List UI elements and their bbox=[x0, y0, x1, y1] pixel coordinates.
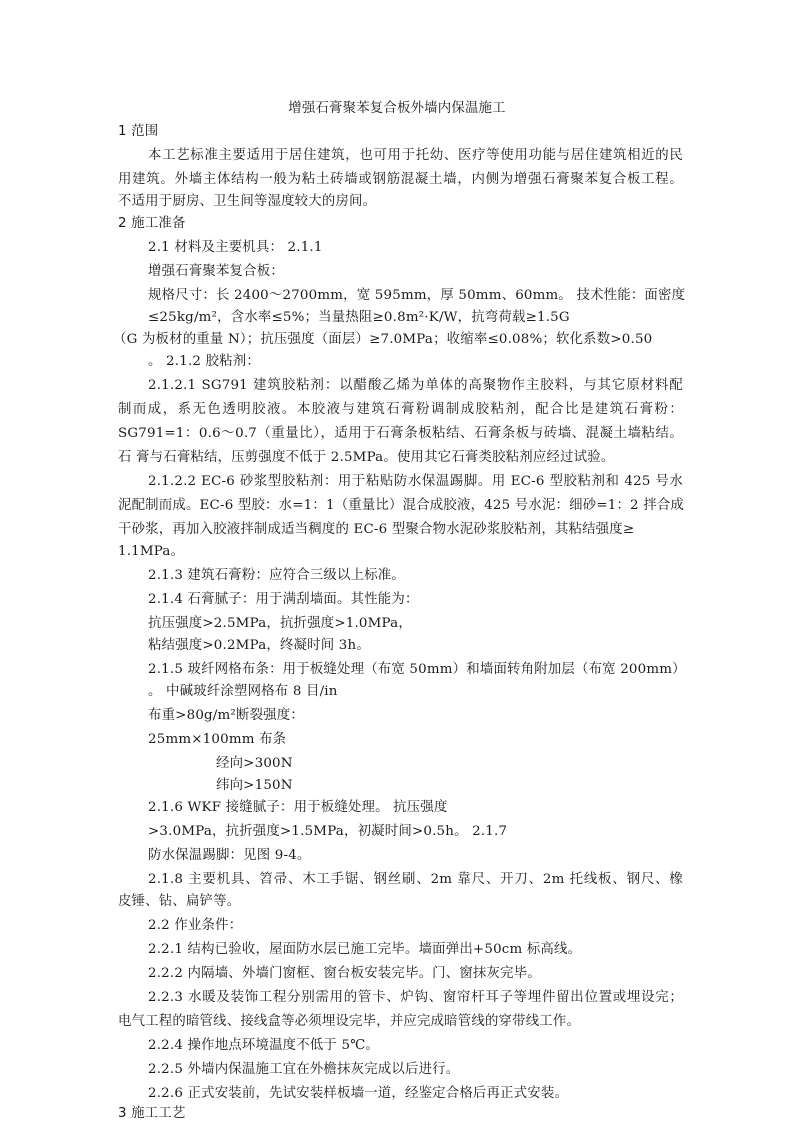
paragraph-line: 2.1.8 主要机具、笤帚、木工手锯、钢丝刷、2m 靠尺、开刀、2m 托线板、钢… bbox=[148, 871, 683, 889]
paragraph-line: 用建筑。外墙主体结构一般为粘土砖墙或钢筋混凝土墙，内侧为增强石膏聚苯复合板工程。 bbox=[118, 171, 683, 189]
paragraph-line: 2.1.5 玻纤网格布条：用于板缝处理（布宽 50mm）和墙面转角附加层（布宽 … bbox=[148, 661, 713, 679]
paragraph-line: 不适用于厨房、卫生间等湿度较大的房间。 bbox=[118, 193, 683, 211]
paragraph-line: 泥配制而成。EC-6 型胶：水=1：1（重量比）混合成胶液，425 号水泥：细砂… bbox=[118, 497, 683, 515]
paragraph-line: 石 膏与石膏粘结，压剪强度不低于 2.5MPa。使用其它石膏类胶粘剂应经过试验。 bbox=[118, 449, 683, 467]
paragraph-line: 2.1 材料及主要机具： 2.1.1 bbox=[148, 239, 713, 257]
paragraph-line: 电气工程的暗管线、接线盒等必须埋设完毕，并应完成暗管线的穿带线工作。 bbox=[118, 1013, 683, 1031]
paragraph-line: 1.1MPa。 bbox=[118, 543, 683, 561]
paragraph-line: 干砂浆，再加入胶液拌制成适当稠度的 EC-6 型聚合物水泥砂浆胶粘剂，其粘结强度… bbox=[118, 521, 683, 539]
paragraph-line: 2.2.6 正式安装前，先试安装样板墙一道，经鉴定合格后再正式安装。 bbox=[148, 1085, 713, 1103]
paragraph-line: 防水保温踢脚：见图 9-4。 bbox=[148, 847, 713, 865]
section-heading-1: 1 范围 bbox=[118, 123, 683, 141]
paragraph-line: ≤25kg/m²，含水率≤5%；当量热阻≥0.8m²·K/W，抗弯荷载≥1.5G bbox=[148, 309, 713, 327]
paragraph-line: 纬向>150N bbox=[216, 777, 781, 795]
paragraph-line: 。 中碱玻纤涂塑网格布 8 目/in bbox=[148, 683, 713, 701]
section-heading-3: 3 施工工艺 bbox=[118, 1105, 683, 1123]
paragraph-line: SG791=1：0.6～0.7（重量比），适用于石膏条板粘结、石膏条板与砖墙、混… bbox=[118, 425, 683, 443]
paragraph-line: 经向>300N bbox=[216, 755, 781, 773]
paragraph-line: 2.2.4 操作地点环境温度不低于 5℃。 bbox=[148, 1037, 713, 1055]
paragraph-line: 粘结强度>0.2MPa，终凝时间 3h。 bbox=[148, 637, 713, 655]
paragraph-line: 25mm×100mm 布条 bbox=[148, 731, 713, 749]
paragraph-line: 2.2 作业条件： bbox=[148, 917, 713, 935]
paragraph-line: 本工艺标准主要适用于居住建筑，也可用于托幼、医疗等使用功能与居住建筑相近的民 bbox=[148, 147, 683, 165]
paragraph-line: 制而成，系无色透明胶液。本胶液与建筑石膏粉调制成胶粘剂，配合比是建筑石膏粉： bbox=[118, 401, 683, 419]
paragraph-line: 布重>80g/m²断裂强度： bbox=[148, 707, 713, 725]
paragraph-line: 皮锤、钻、扁铲等。 bbox=[118, 893, 683, 911]
paragraph-line: 规格尺寸：长 2400～2700mm，宽 595mm，厚 50mm、60mm。 … bbox=[148, 287, 713, 305]
document-page: 增强石膏聚苯复合板外墙内保温施工 1 范围 本工艺标准主要适用于居住建筑，也可用… bbox=[0, 0, 794, 1123]
section-heading-2: 2 施工准备 bbox=[118, 215, 683, 233]
paragraph-line: 2.2.3 水暖及装饰工程分别需用的管卡、炉钩、窗帘杆耳子等埋件留出位置或埋设完… bbox=[148, 989, 683, 1007]
paragraph-line: 2.2.5 外墙内保温施工宜在外檐抹灰完成以后进行。 bbox=[148, 1061, 713, 1079]
paragraph-line: 2.1.4 石膏腻子：用于满刮墙面。其性能为： bbox=[148, 591, 713, 609]
paragraph-line: 增强石膏聚苯复合板： bbox=[148, 263, 713, 281]
paragraph-line: （G 为板材的重量 N）；抗压强度（面层）≥7.0MPa；收缩率≤0.08%；软… bbox=[113, 331, 678, 349]
paragraph-line: 2.1.2.1 SG791 建筑胶粘剂：以醋酸乙烯为单体的高聚物作主胶料，与其它… bbox=[148, 377, 683, 395]
paragraph-line: >3.0MPa，抗折强度>1.5MPa，初凝时间>0.5h。 2.1.7 bbox=[148, 823, 713, 841]
paragraph-line: 抗压强度>2.5MPa，抗折强度>1.0MPa， bbox=[148, 615, 713, 633]
paragraph-line: 2.2.1 结构已验收，屋面防水层已施工完毕。墙面弹出+50cm 标高线。 bbox=[148, 941, 713, 959]
document-title: 增强石膏聚苯复合板外墙内保温施工 bbox=[0, 100, 794, 118]
paragraph-line: 。 2.1.2 胶粘剂： bbox=[148, 353, 713, 371]
paragraph-line: 2.1.3 建筑石膏粉：应符合三级以上标准。 bbox=[148, 567, 713, 585]
paragraph-line: 2.1.6 WKF 接缝腻子：用于板缝处理。 抗压强度 bbox=[148, 799, 713, 817]
paragraph-line: 2.2.2 内隔墙、外墙门窗框、窗台板安装完毕。门、窗抹灰完毕。 bbox=[148, 965, 713, 983]
paragraph-line: 2.1.2.2 EC-6 砂浆型胶粘剂：用于粘贴防水保温踢脚。用 EC-6 型胶… bbox=[148, 473, 683, 491]
